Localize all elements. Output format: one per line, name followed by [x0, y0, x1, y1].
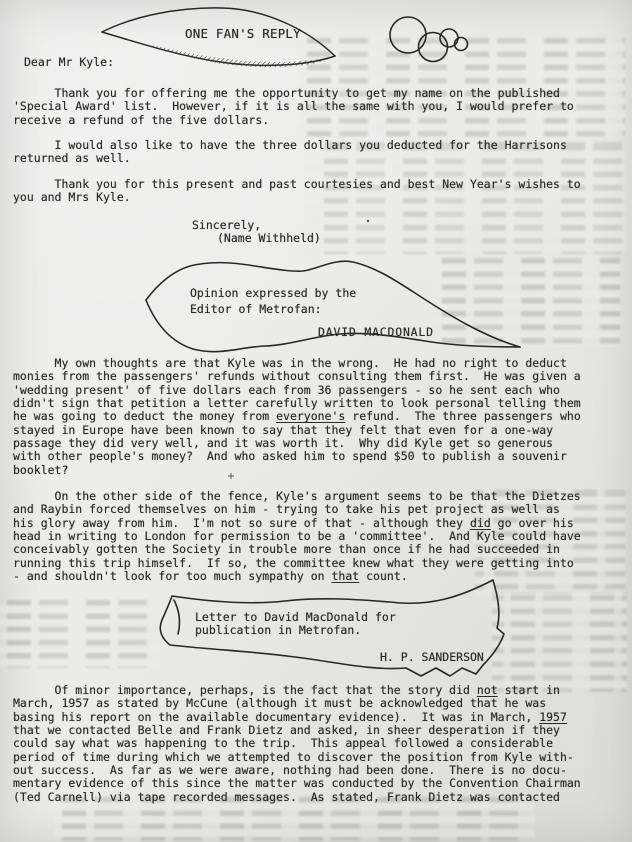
text-line: On the other side of the fence, Kyle's a… — [13, 490, 581, 503]
text-line: mentary evidence of this since the matte… — [13, 777, 581, 790]
text-line: Of minor importance, perhaps, is the fac… — [13, 684, 581, 697]
text-line: I would also like to have the three doll… — [13, 139, 567, 152]
text-line: stayed in Europe have been known to say … — [13, 424, 581, 437]
text-line: booklet? — [13, 464, 581, 477]
letter-greeting: Dear Mr Kyle: — [24, 56, 114, 69]
letter-page: ONE FAN'S REPLY Dear Mr Kyle: Thank you … — [0, 0, 632, 842]
paragraph-courtesies: Thank you for this present and past cour… — [13, 178, 581, 205]
text-line: My own thoughts are that Kyle was in the… — [13, 357, 581, 370]
paragraph-sanderson-letter: Of minor importance, perhaps, is the fac… — [13, 684, 581, 804]
text-line: could say what was happening to the trip… — [13, 737, 581, 750]
text-line: that we contacted Belle and Frank Dietz … — [13, 724, 581, 737]
text-line: publication in Metrofan. — [195, 624, 396, 637]
paragraph-opinion-1: My own thoughts are that Kyle was in the… — [13, 357, 581, 477]
paragraph-opinion-2: On the other side of the fence, Kyle's a… — [13, 490, 581, 583]
text-line: with other people's money? And who asked… — [13, 450, 581, 463]
text-line: March, 1957 as stated by McCune (althoug… — [13, 697, 581, 710]
text-line: his glory away from him. I'm not so sure… — [13, 517, 581, 530]
text-line: Thank you for offering me the opportunit… — [13, 87, 574, 100]
text-line: Editor of Metrofan: — [190, 301, 356, 317]
text-line: returned as well. — [13, 152, 567, 165]
text-line: you and Mrs Kyle. — [13, 191, 581, 204]
banner-macdonald-caption: Opinion expressed by theEditor of Metrof… — [190, 285, 356, 317]
text-line: out success. As far as we were aware, no… — [13, 764, 581, 777]
text-line: running this trip himself. If so, the co… — [13, 557, 581, 570]
text-line: (Ted Carnell) via tape recorded messages… — [13, 791, 581, 804]
text-line: Opinion expressed by the — [190, 285, 356, 301]
text-line: basing his report on the available docum… — [13, 711, 581, 724]
banner-sanderson-name: H. P. SANDERSON — [380, 651, 484, 664]
text-line: 'wedding present' of five dollars each f… — [13, 384, 581, 397]
text-line: didn't sign that petition a letter caref… — [13, 397, 581, 410]
banner-sanderson-caption: Letter to David MacDonald forpublication… — [195, 611, 396, 638]
text-line: Letter to David MacDonald for — [195, 611, 396, 624]
text-line: 'Special Award' list. However, if it is … — [13, 100, 574, 113]
letter-signature: (Name Withheld) — [217, 232, 321, 245]
text-line: - and shouldn't look for too much sympat… — [13, 570, 581, 583]
text-line: and Raybin forced themselves on him - tr… — [13, 503, 581, 516]
text-line: conceivably gotten the Society in troubl… — [13, 543, 581, 556]
text-line: Thank you for this present and past cour… — [13, 178, 581, 191]
text-line: passage they did very well, and it was w… — [13, 437, 581, 450]
text-line: he was going to deduct the money from ev… — [13, 410, 581, 423]
circles-doodle — [390, 17, 468, 62]
banner-macdonald-name: DAVID MACDONALD — [318, 326, 434, 339]
paragraph-refund-request: Thank you for offering me the opportunit… — [13, 87, 574, 127]
text-line: head in writing to London for permission… — [13, 530, 581, 543]
page-title: ONE FAN'S REPLY — [185, 27, 301, 40]
paragraph-three-dollars: I would also like to have the three doll… — [13, 139, 567, 166]
text-line: period of time during which we attempted… — [13, 751, 581, 764]
text-line: monies from the passengers' refunds with… — [13, 370, 581, 383]
text-line: receive a refund of the five dollars. — [13, 114, 574, 127]
